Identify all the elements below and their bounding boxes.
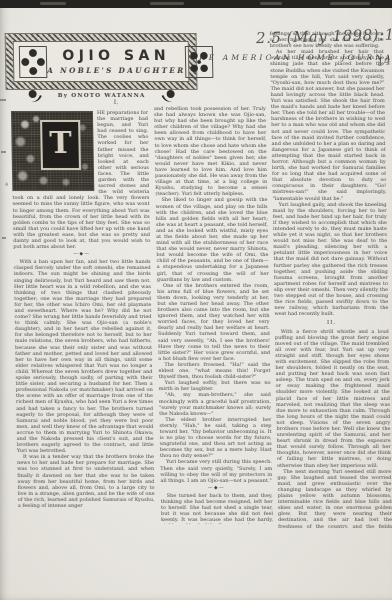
- paragraph: feelings, so that although she spoke in …: [270, 31, 384, 49]
- paragraph: As her maid brushed her hair that evenin…: [270, 49, 387, 201]
- byline-row: By ONOTO WATANNA: [6, 89, 198, 103]
- article-subtitle: A NOBLE'S DAUGHTER: [47, 66, 186, 75]
- initial-letter-T: T: [49, 129, 72, 159]
- title-box-inner: OJIO SAN A NOBLE'S DAUGHTER: [13, 41, 190, 82]
- woodcut-initial-illustration: T: [11, 111, 94, 191]
- paragraph: It was in a tender way that the brothers…: [17, 454, 155, 509]
- paragraph: She liked to linger and gossip with the …: [155, 197, 268, 282]
- text-column-1: T HE preparations for the marriage had b…: [11, 110, 155, 509]
- paragraph: One of the brothers entered the room, hi…: [157, 283, 270, 362]
- scroll-ornament-icon: [165, 90, 176, 103]
- article-title: OJIO SAN: [47, 48, 186, 64]
- woodcut-initial-panel: T: [40, 120, 81, 170]
- paragraph: The brothers frowned. "Ha!" said the eld…: [158, 362, 270, 380]
- section-heading-1: I.: [114, 100, 119, 106]
- section-divider-ornament: —◆—: [13, 252, 150, 258]
- paragraph: and rebellion took possession of her. Tr…: [154, 106, 268, 197]
- text-column-3: feelings, so that although she spoke in …: [270, 31, 392, 528]
- paragraph: The eldest brother interrupted her stern…: [159, 417, 272, 460]
- section-heading-2: II.: [275, 320, 389, 326]
- paragraph: "Ah, my man-brothers," she said mockingl…: [159, 392, 271, 416]
- title-text-block: OJIO SAN A NOBLE'S DAUGHTER: [47, 48, 186, 75]
- article-title-box: OJIO SAN A NOBLE'S DAUGHTER: [5, 33, 198, 90]
- paragraph: With a fierce shrill whistle and a loud …: [275, 329, 391, 469]
- paragraph: Yuri became very still during this speec…: [160, 459, 272, 483]
- paragraph: Yuri laughed gaily, and shook the kneeli…: [273, 202, 389, 318]
- quatrefoil-ornament-icon: [19, 46, 48, 78]
- flower-ornament-icon: [185, 46, 214, 78]
- magazine-page-scan: 142 THE AMERICAN HOME JOURNAL 2.5 (May 1…: [0, 0, 392, 600]
- scroll-ornament-icon: [28, 90, 39, 103]
- page-content: OJIO SAN A NOBLE'S DAUGHTER By ONOTO WAT…: [0, 0, 392, 600]
- paragraph: With a ban upon her fan, and her two lit…: [14, 259, 154, 454]
- text-column-2: and rebellion took possession of her. Tr…: [154, 106, 273, 524]
- article-byline: By ONOTO WATANNA: [58, 93, 146, 99]
- section-divider-ornament: —◆—: [160, 486, 272, 492]
- paragraph: Yuri laughed softly, but there was no mi…: [159, 380, 271, 392]
- paragraph: She turned her back to them, and they, t…: [161, 493, 274, 524]
- paragraph: The next morning Yuri seemed still more …: [277, 469, 392, 528]
